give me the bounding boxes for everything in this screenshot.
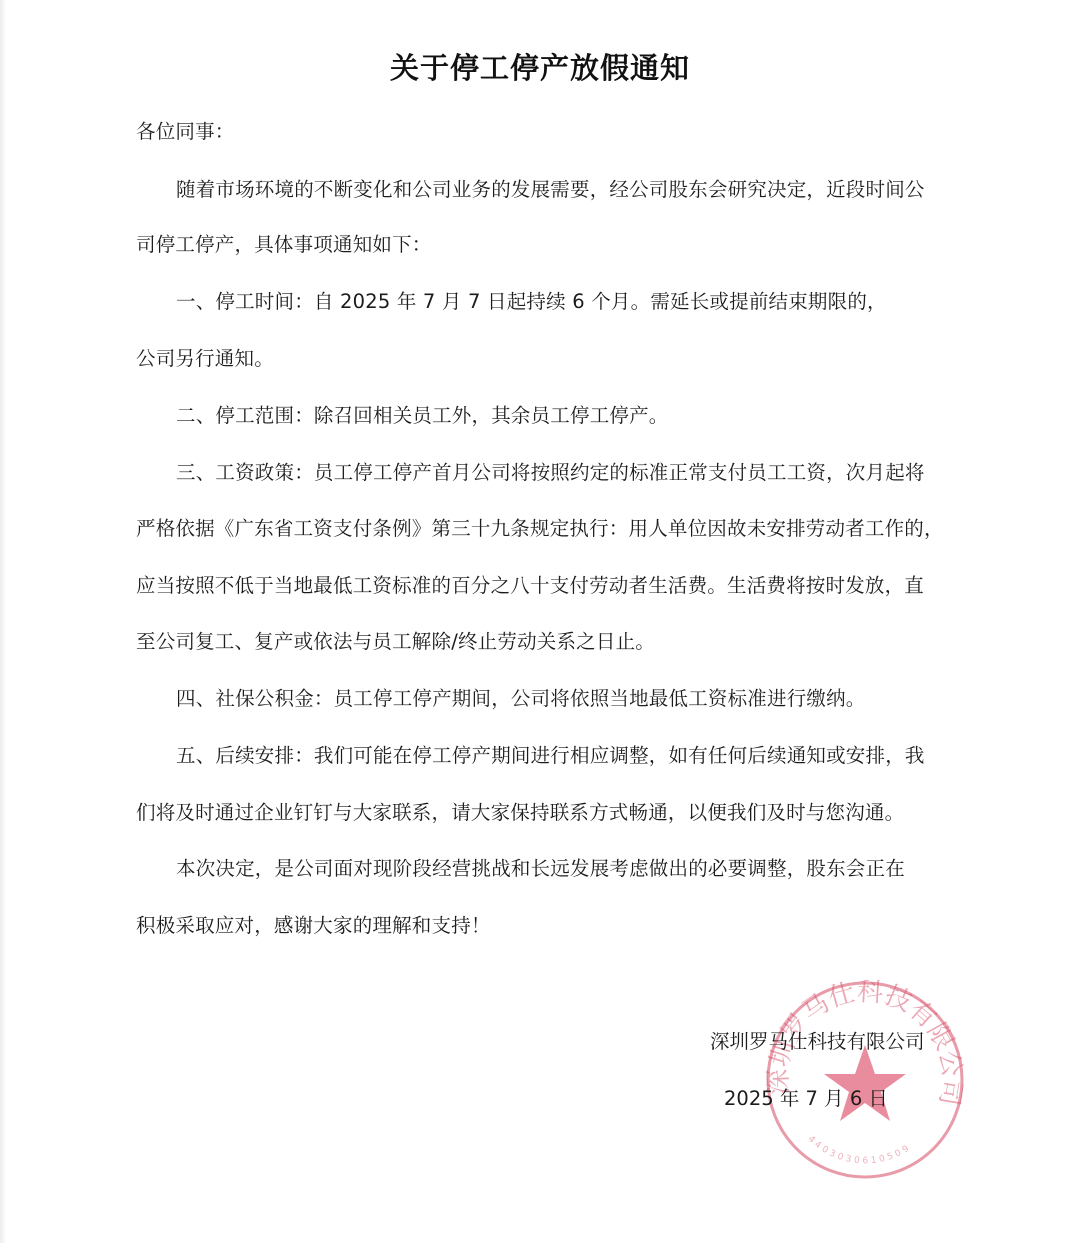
signature-company: 深圳罗马仕科技有限公司 bbox=[710, 1026, 925, 1054]
item4-line-1: 四、社保公积金：员工停工停产期间，公司将依照当地最低工资标准进行缴纳。 bbox=[176, 683, 866, 711]
item1-line-1: 一、停工时间：自 2025 年 7 月 7 日起持续 6 个月。需延长或提前结束… bbox=[176, 286, 887, 314]
company-seal: 深圳罗马仕科技有限公司 4403030610509 bbox=[760, 980, 970, 1180]
item3-line-4: 至公司复工、复产或依法与员工解除/终止劳动关系之日止。 bbox=[136, 626, 655, 654]
item2-line-1: 二、停工范围：除召回相关员工外，其余员工停工停产。 bbox=[176, 400, 669, 428]
item3-line-2: 严格依据《广东省工资支付条例》第三十九条规定执行：用人单位因故未安排劳动者工作的… bbox=[136, 513, 944, 541]
item5-line-1: 五、后续安排：我们可能在停工停产期间进行相应调整，如有任何后续通知或安排，我 bbox=[176, 740, 925, 768]
signature-date: 2025 年 7 月 6 日 bbox=[724, 1083, 888, 1111]
document-title: 关于停工停产放假通知 bbox=[0, 46, 1080, 87]
closing-line-1: 本次决定，是公司面对现阶段经营挑战和长远发展考虑做出的必要调整，股东会正在 bbox=[176, 853, 905, 881]
item1-line-2: 公司另行通知。 bbox=[136, 343, 274, 371]
page-edge-shadow bbox=[0, 0, 6, 1243]
intro-line-2: 司停工停产，具体事项通知如下： bbox=[136, 229, 432, 257]
intro-line-1: 随着市场环境的不断变化和公司业务的发展需要，经公司股东会研究决定，近段时间公 bbox=[176, 174, 925, 202]
closing-line-2: 积极采取应对，感谢大家的理解和支持！ bbox=[136, 910, 491, 938]
item5-line-2: 们将及时通过企业钉钉与大家联系，请大家保持联系方式畅通，以便我们及时与您沟通。 bbox=[136, 797, 904, 825]
seal-serial: 4403030610509 bbox=[806, 1134, 914, 1166]
salutation: 各位同事： bbox=[136, 116, 235, 144]
item3-line-1: 三、工资政策：员工停工停产首月公司将按照约定的标准正常支付员工工资，次月起将 bbox=[176, 457, 925, 485]
item3-line-3: 应当按照不低于当地最低工资标准的百分之八十支付劳动者生活费。生活费将按时发放，直 bbox=[136, 570, 924, 598]
